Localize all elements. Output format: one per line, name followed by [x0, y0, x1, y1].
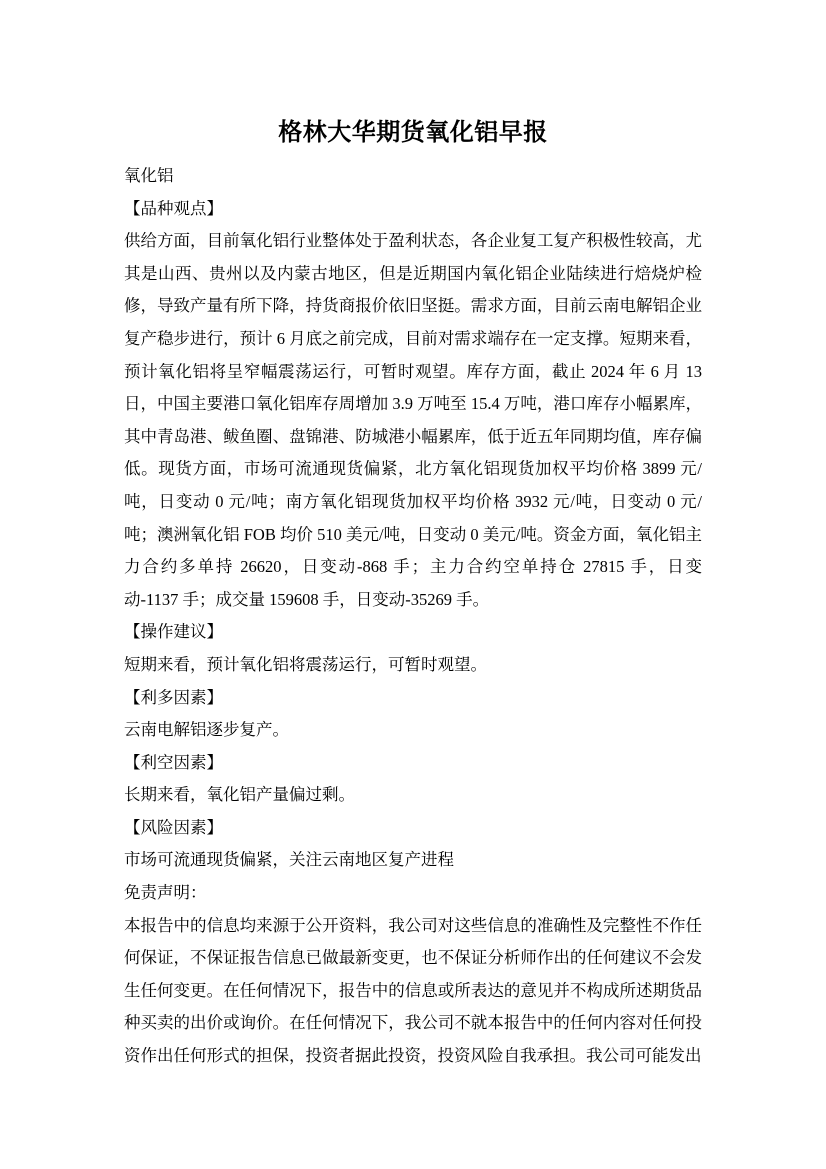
section-heading-risk-factors: 【风险因素】 [124, 812, 702, 845]
disclaimer-label: 免责声明： [124, 877, 702, 910]
disclaimer-body: 本报告中的信息均来源于公开资料，我公司对这些信息的准确性及完整性不作任何保证，不… [124, 910, 702, 1073]
section-heading-bullish-factors: 【利多因素】 [124, 682, 702, 715]
document-page: 格林大华期货氧化铝早报 氧化铝 【品种观点】 供给方面，目前氧化铝行业整体处于盈… [0, 0, 826, 1169]
section-body-bullish-factors: 云南电解铝逐步复产。 [124, 714, 702, 747]
section-heading-bearish-factors: 【利空因素】 [124, 747, 702, 780]
section-body-operation-advice: 短期来看，预计氧化铝将震荡运行，可暂时观望。 [124, 649, 702, 682]
section-body-bearish-factors: 长期来看，氧化铝产量偏过剩。 [124, 779, 702, 812]
section-heading-operation-advice: 【操作建议】 [124, 616, 702, 649]
product-name: 氧化铝 [124, 160, 702, 193]
section-heading-viewpoint: 【品种观点】 [124, 193, 702, 226]
page-title: 格林大华期货氧化铝早报 [124, 119, 702, 147]
section-body-risk-factors: 市场可流通现货偏紧，关注云南地区复产进程 [124, 844, 702, 877]
section-body-viewpoint: 供给方面，目前氧化铝行业整体处于盈利状态，各企业复工复产积极性较高，尤其是山西、… [124, 225, 702, 616]
